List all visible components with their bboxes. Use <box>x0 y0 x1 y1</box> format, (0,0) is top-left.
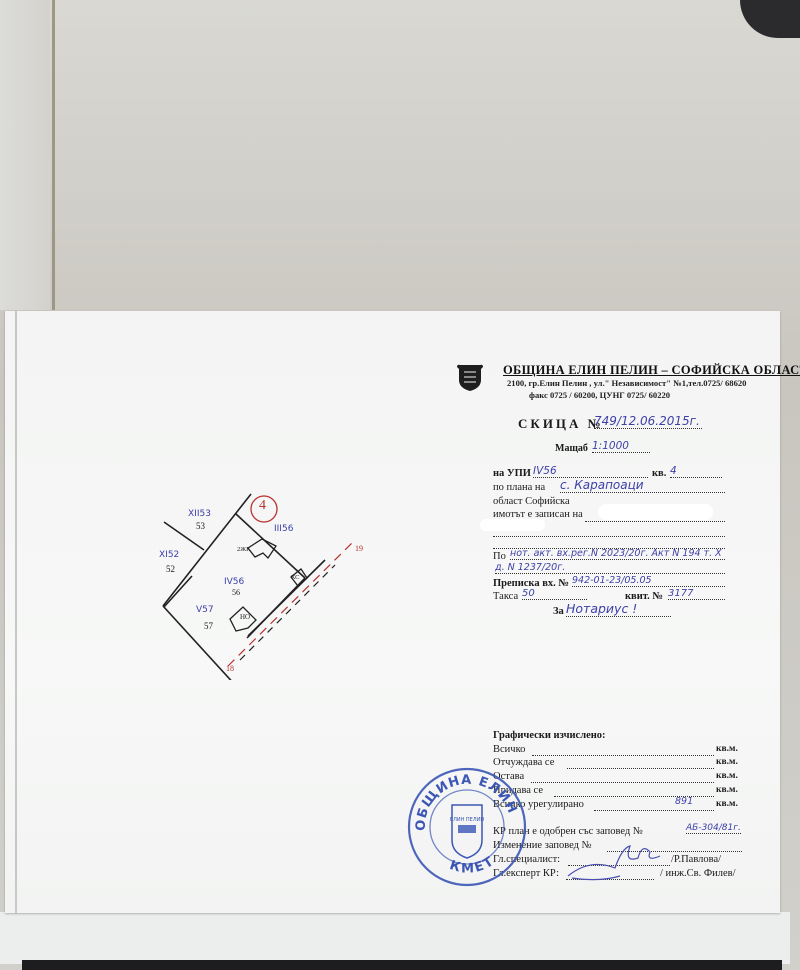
scale-value: 1:1000 <box>592 440 650 453</box>
underlying-sheet <box>0 912 790 964</box>
graphics-row-label: Всичко <box>493 744 525 755</box>
building-label: НО <box>240 613 250 621</box>
stamp-ring-bottom: КМЕТ <box>448 853 498 876</box>
graphics-row-dots <box>531 774 714 783</box>
receipt-value: 3177 <box>668 588 725 600</box>
for-label: За <box>553 606 564 617</box>
parcel-number: 53 <box>196 521 205 531</box>
parcel-label: XI52 <box>159 550 179 560</box>
parcel-number: 57 <box>204 621 213 631</box>
parcel-label: V57 <box>196 605 214 615</box>
upi-label: на УПИ <box>493 468 531 479</box>
graphics-row-unit: кв.м. <box>716 744 738 754</box>
kr-plan-value: АБ-304/81г. <box>686 823 741 834</box>
building-label: КС <box>291 574 300 581</box>
plan-label: по плана на <box>493 482 545 493</box>
kv-value: 4 <box>670 465 722 478</box>
graphics-row-unit: кв.м. <box>716 785 738 795</box>
municipality-address: 2100, гр.Елин Пелин , ул." Независимост"… <box>507 378 746 388</box>
plan-value: с. Карапоаци <box>560 478 725 493</box>
parcel-label: III56 <box>274 524 293 534</box>
graphics-row-dots <box>594 802 714 811</box>
region-label: област Софийска <box>493 496 570 507</box>
background-folder <box>0 0 50 310</box>
scale-label: Мащаб <box>555 443 588 454</box>
parcel-number: 52 <box>166 564 175 574</box>
svg-text:КМЕТ: КМЕТ <box>448 853 498 876</box>
signature-icon <box>560 838 680 883</box>
blank-line <box>493 528 725 537</box>
graphics-row-unit: кв.м. <box>716 757 738 767</box>
request-value: 942-01-23/05.05 <box>572 575 725 587</box>
owner-redaction <box>598 504 713 520</box>
municipality-title: ОБЩИНА ЕЛИН ПЕЛИН – СОФИЙСКА ОБЛАСТ <box>503 363 800 378</box>
building-label: 2ЖК <box>237 546 250 553</box>
folder-edge <box>52 0 55 310</box>
graphics-row-unit: кв.м. <box>716 771 738 781</box>
deed-value-2: д. N 1237/20г. <box>495 562 725 574</box>
dark-object <box>740 0 800 38</box>
stamp-center-text: ЕЛИН ПЕЛИН <box>450 817 484 823</box>
municipality-fax: факс 0725 / 60200, ЦУНГ 0725/ 60220 <box>529 390 670 400</box>
graphics-row-unit: кв.м. <box>716 799 738 809</box>
street-end-label: 19 <box>355 544 363 553</box>
coat-of-arms-icon <box>454 362 486 392</box>
upi-value: IV56 <box>533 465 648 478</box>
sketch-number: 749/12.06.2015г. <box>594 414 702 429</box>
parcel-diagram <box>150 480 390 680</box>
parcel-number: 56 <box>232 588 240 597</box>
parcel-label: XII53 <box>188 509 211 519</box>
fold-line <box>15 311 17 913</box>
street-end-label: 18 <box>226 664 234 673</box>
graphics-row-dots <box>532 747 714 756</box>
graphics-heading: Графически изчислено: <box>493 730 606 741</box>
total-regulated-value: 891 <box>675 796 693 807</box>
parcel-label: IV56 <box>224 577 244 587</box>
municipal-stamp-icon: ОБЩИНА ЕЛИН ПЕЛИН КМЕТ ЕЛИН ПЕЛИН <box>405 765 530 890</box>
deed-label: По <box>493 551 506 562</box>
fee-label: Такса <box>493 591 518 602</box>
fee-value: 50 <box>522 588 587 600</box>
for-value: Нотариус ! <box>566 601 671 617</box>
circled-plot-number: 4 <box>259 498 266 514</box>
sketch-label: СКИЦА № <box>518 416 604 432</box>
table-edge <box>22 960 782 970</box>
deed-value-1: нот. акт. вх.рег.N 2023/20г. Акт N 194 т… <box>510 548 725 560</box>
graphics-row-dots <box>567 760 714 769</box>
